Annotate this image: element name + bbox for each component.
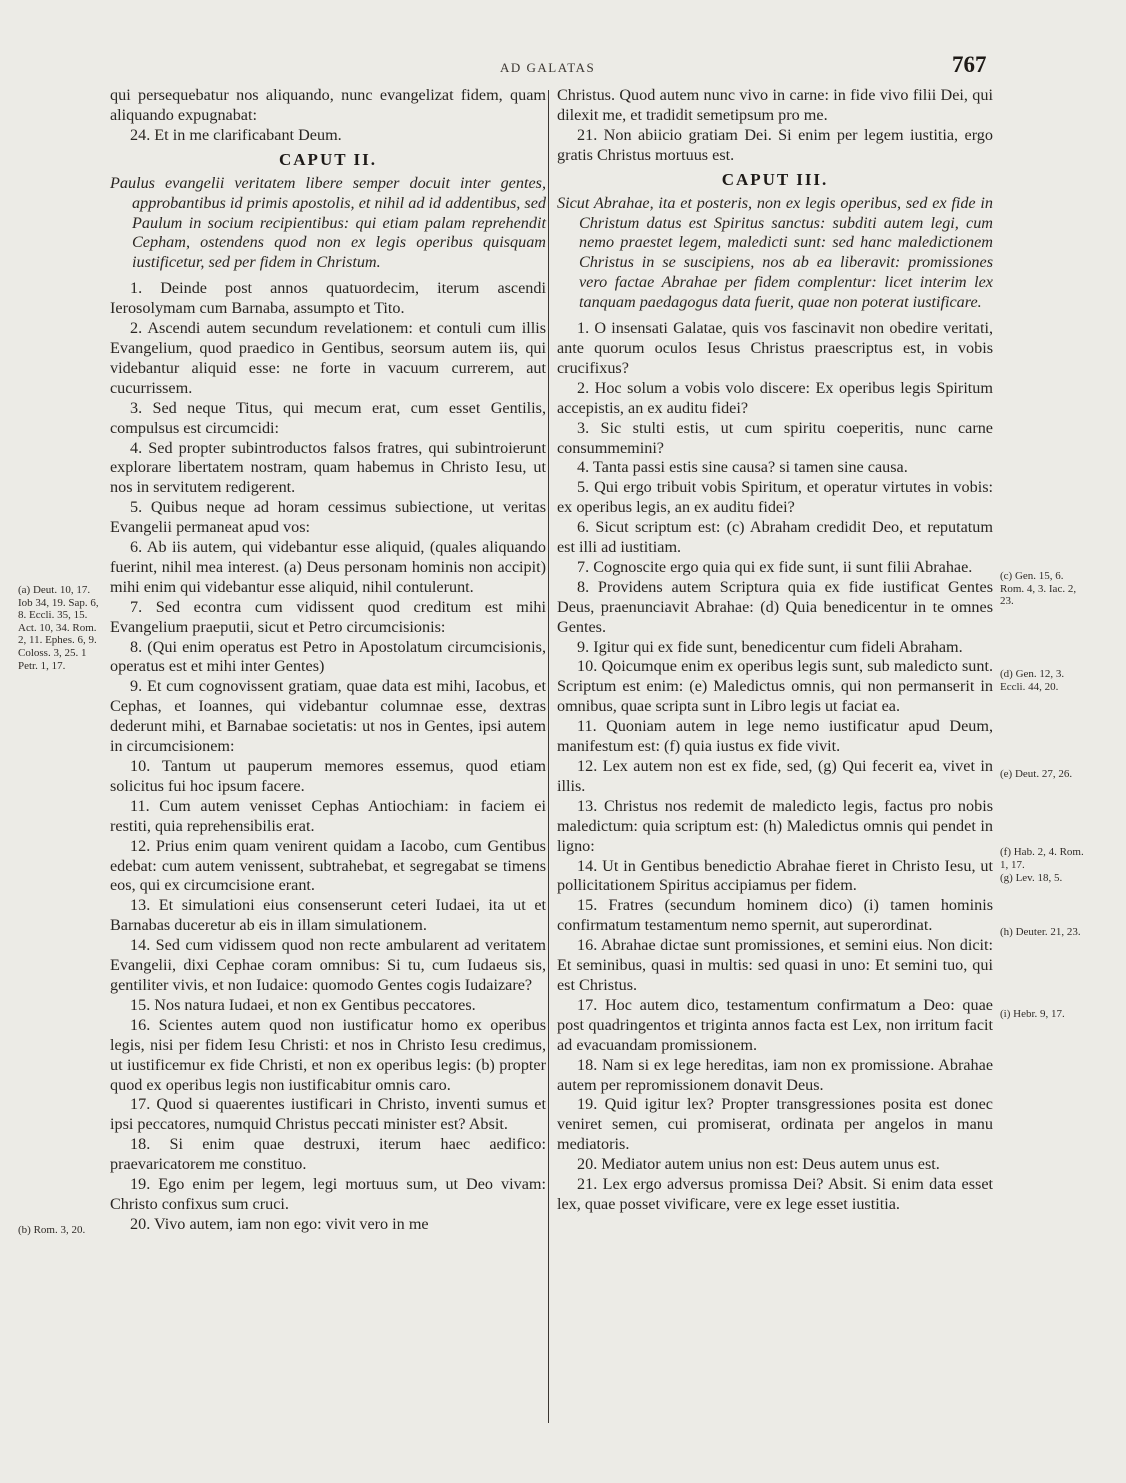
verse: 6. Sicut scriptum est: (c) Abraham credi…: [557, 518, 993, 558]
verse: 2. Hoc solum a vobis volo discere: Ex op…: [557, 379, 993, 419]
verse: 18. Nam si ex lege hereditas, iam non ex…: [557, 1056, 993, 1096]
verse: 8. (Qui enim operatus est Petro in Apost…: [110, 638, 546, 678]
verse: 18. Si enim quae destruxi, iterum haec a…: [110, 1135, 546, 1175]
right-column: Christus. Quod autem nunc vivo in carne:…: [557, 86, 993, 1215]
verse: 5. Quibus neque ad horam cessimus subiec…: [110, 498, 546, 538]
running-head: AD GALATAS 767: [0, 58, 1126, 78]
verse: 12. Lex autem non est ex fide, sed, (g) …: [557, 757, 993, 797]
verse: 14. Sed cum vidissem quod non recte ambu…: [110, 936, 546, 996]
verse-continuation: qui persequebatur nos aliquando, nunc ev…: [110, 86, 546, 126]
verse: 17. Hoc autem dico, testamentum confirma…: [557, 996, 993, 1056]
verse: 9. Igitur qui ex fide sunt, benedicentur…: [557, 638, 993, 658]
left-column: qui persequebatur nos aliquando, nunc ev…: [110, 86, 546, 1235]
page-number: 767: [952, 52, 987, 78]
verse: 2. Ascendi autem secundum revelationem: …: [110, 319, 546, 399]
chapter-summary: Paulus evangelii veritatem libere semper…: [110, 174, 546, 274]
column-divider: [548, 90, 549, 1423]
verse: 12. Prius enim quam venirent quidam a Ia…: [110, 837, 546, 897]
marginal-note: (i) Hebr. 9, 17.: [1000, 1008, 1086, 1021]
verse: 19. Ego enim per legem, legi mortuus sum…: [110, 1175, 546, 1215]
verse: 19. Quid igitur lex? Propter transgressi…: [557, 1095, 993, 1155]
verse: 7. Cognoscite ergo quia qui ex fide sunt…: [557, 558, 993, 578]
verse: 16. Abrahae dictae sunt promissiones, et…: [557, 936, 993, 996]
marginal-note: (f) Hab. 2, 4. Rom. 1, 17.: [1000, 846, 1086, 871]
chapter-summary: Sicut Abrahae, ita et posteris, non ex l…: [557, 194, 993, 313]
verse: 21. Non abiicio gratiam Dei. Si enim per…: [557, 126, 993, 166]
marginal-note: (e) Deut. 27, 26.: [1000, 768, 1086, 781]
verse: 13. Christus nos redemit de maledicto le…: [557, 797, 993, 857]
verse: 20. Vivo autem, iam non ego: vivit vero …: [110, 1215, 546, 1235]
verse: 6. Ab iis autem, qui videbantur esse ali…: [110, 538, 546, 598]
verse: 3. Sic stulti estis, ut cum spiritu coep…: [557, 419, 993, 459]
verse: 1. Deinde post annos quatuordecim, iteru…: [110, 279, 546, 319]
verse: 20. Mediator autem unius non est: Deus a…: [557, 1155, 993, 1175]
marginal-note: (d) Gen. 12, 3. Eccli. 44, 20.: [1000, 668, 1086, 693]
verse: 16. Scientes autem quod non iustificatur…: [110, 1016, 546, 1096]
verse: 8. Providens autem Scriptura quia ex fid…: [557, 578, 993, 638]
verse: 1. O insensati Galatae, quis vos fascina…: [557, 319, 993, 379]
marginal-note: (c) Gen. 15, 6. Rom. 4, 3. Iac. 2, 23.: [1000, 570, 1086, 608]
verse: 13. Et simulationi eius consenserunt cet…: [110, 896, 546, 936]
running-title: AD GALATAS: [500, 60, 595, 76]
verse: 11. Quoniam autem in lege nemo iustifica…: [557, 717, 993, 757]
verse: 10. Tantum ut pauperum memores essemus, …: [110, 757, 546, 797]
verse-continuation: Christus. Quod autem nunc vivo in carne:…: [557, 86, 993, 126]
verse: 4. Sed propter subintroductos falsos fra…: [110, 439, 546, 499]
verse: 5. Qui ergo tribuit vobis Spiritum, et o…: [557, 478, 993, 518]
verse: 11. Cum autem venisset Cephas Antiochiam…: [110, 797, 546, 837]
marginal-note: (h) Deuter. 21, 23.: [1000, 926, 1086, 939]
verse: 24. Et in me clarificabant Deum.: [110, 126, 546, 146]
verse: 7. Sed econtra cum vidissent quod credit…: [110, 598, 546, 638]
chapter-heading: CAPUT III.: [557, 170, 993, 190]
verse: 21. Lex ergo adversus promissa Dei? Absi…: [557, 1175, 993, 1215]
verse: 10. Qoicumque enim ex operibus legis sun…: [557, 657, 993, 717]
marginal-note: (a) Deut. 10, 17. Iob 34, 19. Sap. 6, 8.…: [18, 584, 104, 672]
marginal-note: (b) Rom. 3, 20.: [18, 1224, 104, 1237]
verse: 9. Et cum cognovissent gratiam, quae dat…: [110, 677, 546, 757]
chapter-heading: CAPUT II.: [110, 150, 546, 170]
verse: 4. Tanta passi estis sine causa? si tame…: [557, 458, 993, 478]
verse: 17. Quod si quaerentes iustificari in Ch…: [110, 1095, 546, 1135]
verse: 14. Ut in Gentibus benedictio Abrahae fi…: [557, 857, 993, 897]
verse: 3. Sed neque Titus, qui mecum erat, cum …: [110, 399, 546, 439]
verse: 15. Fratres (secundum hominem dico) (i) …: [557, 896, 993, 936]
verse: 15. Nos natura Iudaei, et non ex Gentibu…: [110, 996, 546, 1016]
marginal-note: (g) Lev. 18, 5.: [1000, 872, 1086, 885]
